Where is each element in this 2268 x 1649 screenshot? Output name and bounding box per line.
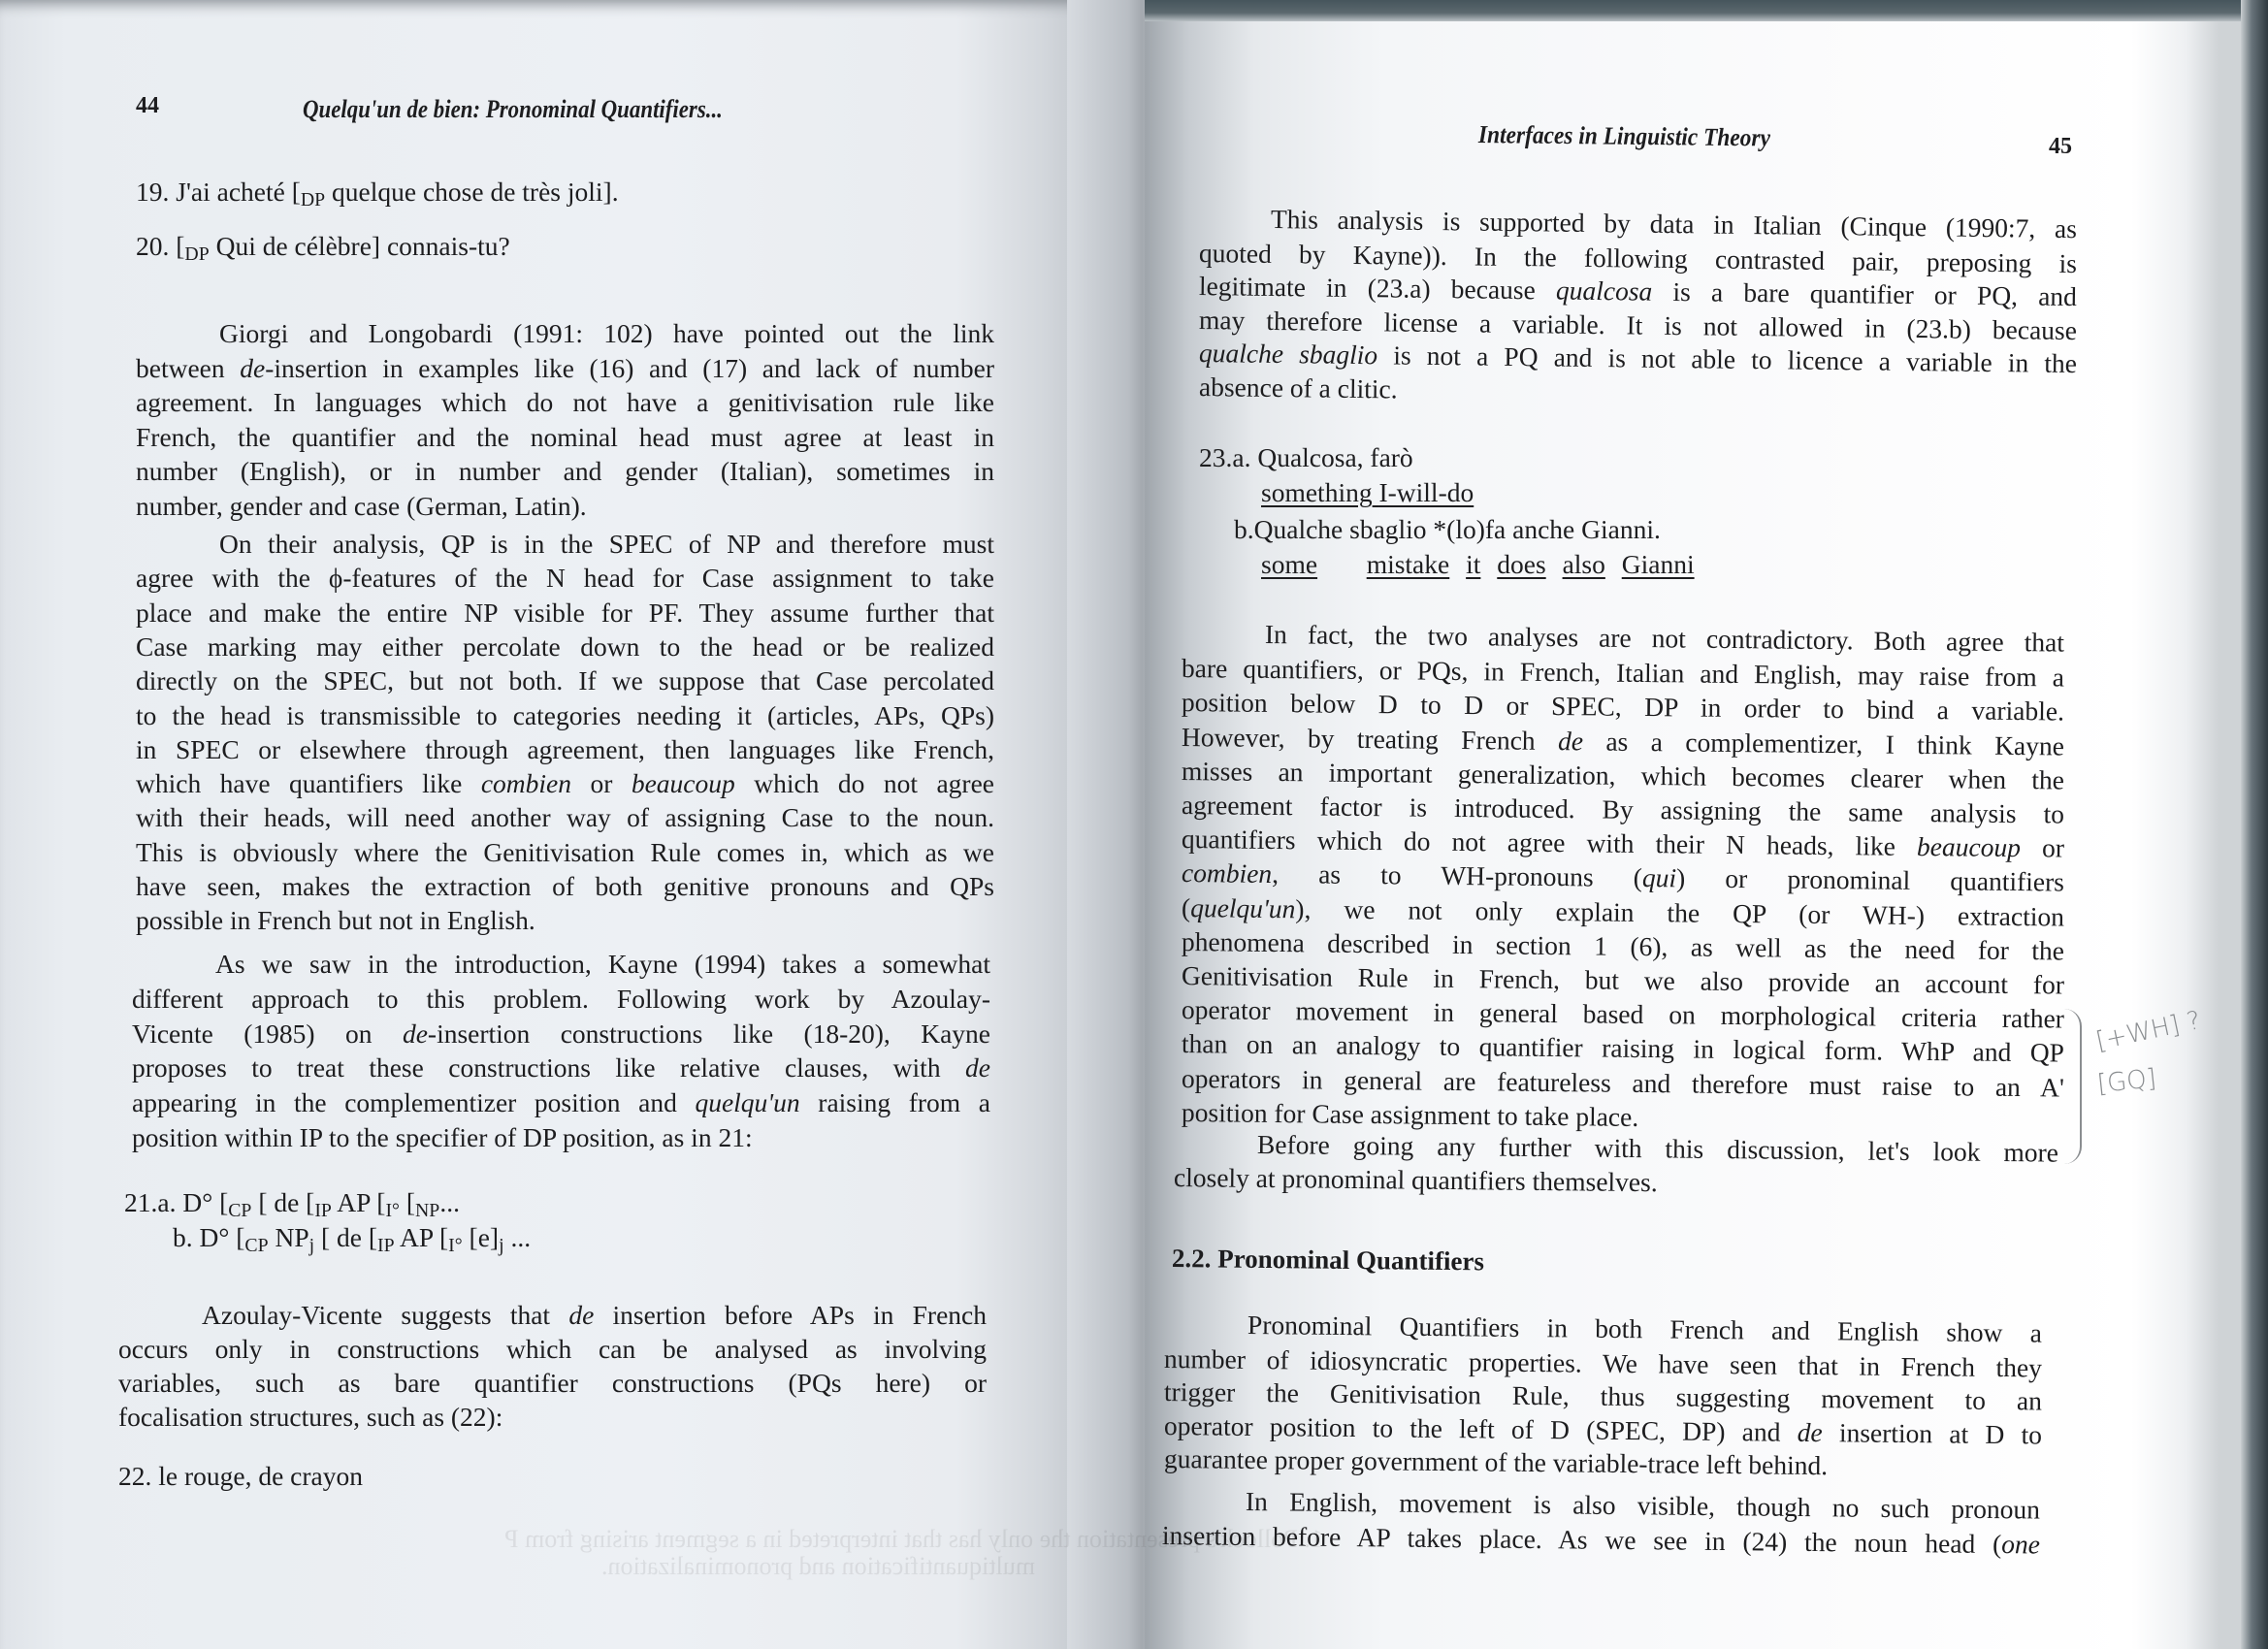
body-line: possible in French but not in English. [136,907,994,934]
body-line: position within IP to the specifier of D… [132,1124,990,1151]
body-line: in SPEC or elsewhere through agreement, … [136,736,994,763]
body-line: This is obviously where the Genitivisati… [136,839,994,866]
example-20: 20. [DP Qui de célèbre] connais-tu? [136,233,510,265]
example-21b: b. D° [CP NPj [ de [IP AP [I° [e]j ... [173,1224,531,1256]
body-line: Case marking may either percolate down t… [136,633,994,661]
book-spread: 1. Pollock's presentation the only has t… [0,0,2268,1649]
example-23a: 23.a. Qualcosa, farò [1199,444,1413,471]
body-line: agreement. In languages which do not hav… [136,389,994,416]
body-line: to the head is transmissible to categori… [136,702,994,729]
body-line: directly on the SPEC, but not both. If w… [136,667,994,695]
body-line: occurs only in constructions which can b… [118,1336,987,1363]
example-19: 19. J'ai acheté [DP quelque chose de trè… [136,178,619,210]
body-line: agree with the ϕ-features of the N head … [136,565,994,592]
body-line: Azoulay-Vicente suggests that de inserti… [202,1302,987,1329]
body-line: French, the quantifier and the nominal h… [136,424,994,451]
body-line: have seen, makes the extraction of both … [136,873,994,900]
body-line: focalisation structures, such as (22): [118,1404,987,1431]
section-heading: 2.2. Pronominal Quantifiers [1172,1244,1484,1277]
running-head-right: Interfaces in Linguistic Theory [1478,120,1770,153]
example-23b-gloss: some mistake it does also Gianni [1261,551,1695,578]
example-23b: b.Qualche sbaglio *(lo)fa anche Gianni. [1234,516,1661,543]
body-line: place and make the entire NP visible for… [136,599,994,627]
body-line: Vicente (1985) on de-insertion construct… [132,1020,990,1048]
body-line: number, gender and case (German, Latin). [136,493,994,520]
bleed-through-text: multiquantification and pronominalizatio… [601,1552,1035,1581]
body-line: variables, such as bare quantifier const… [118,1370,987,1397]
example-22: 22. le rouge, de crayon [118,1463,363,1490]
body-line: number (English), or in number and gende… [136,458,994,485]
body-line: appearing in the complementizer position… [132,1089,990,1116]
body-line: different approach to this problem. Foll… [132,986,990,1013]
body-line: As we saw in the introduction, Kayne (19… [215,951,990,978]
example-21a: 21.a. D° [CP [ de [IP AP [I° [NP... [124,1189,460,1221]
page-number-left: 44 [136,93,159,119]
scanner-edge-top [1145,0,2268,21]
margin-bracket [2064,1009,2082,1164]
body-line: which have quantifiers like combien or b… [136,770,994,797]
example-23a-gloss: something I-will-do [1261,479,1474,506]
scanner-edge-right [2241,0,2268,1649]
running-head-left: Quelqu'un de bien: Pronominal Quantifier… [303,95,723,124]
body-line: Giorgi and Longobardi (1991: 102) have p… [219,320,994,347]
body-line: On their analysis, QP is in the SPEC of … [219,531,994,558]
body-line: between de-insertion in examples like (1… [136,355,994,382]
margin-note-gq: [GQ] [2096,1064,2158,1099]
page-number-right: 45 [2049,134,2072,160]
body-line: with their heads, will need another way … [136,804,994,831]
body-line: proposes to treat these constructions li… [132,1054,990,1082]
